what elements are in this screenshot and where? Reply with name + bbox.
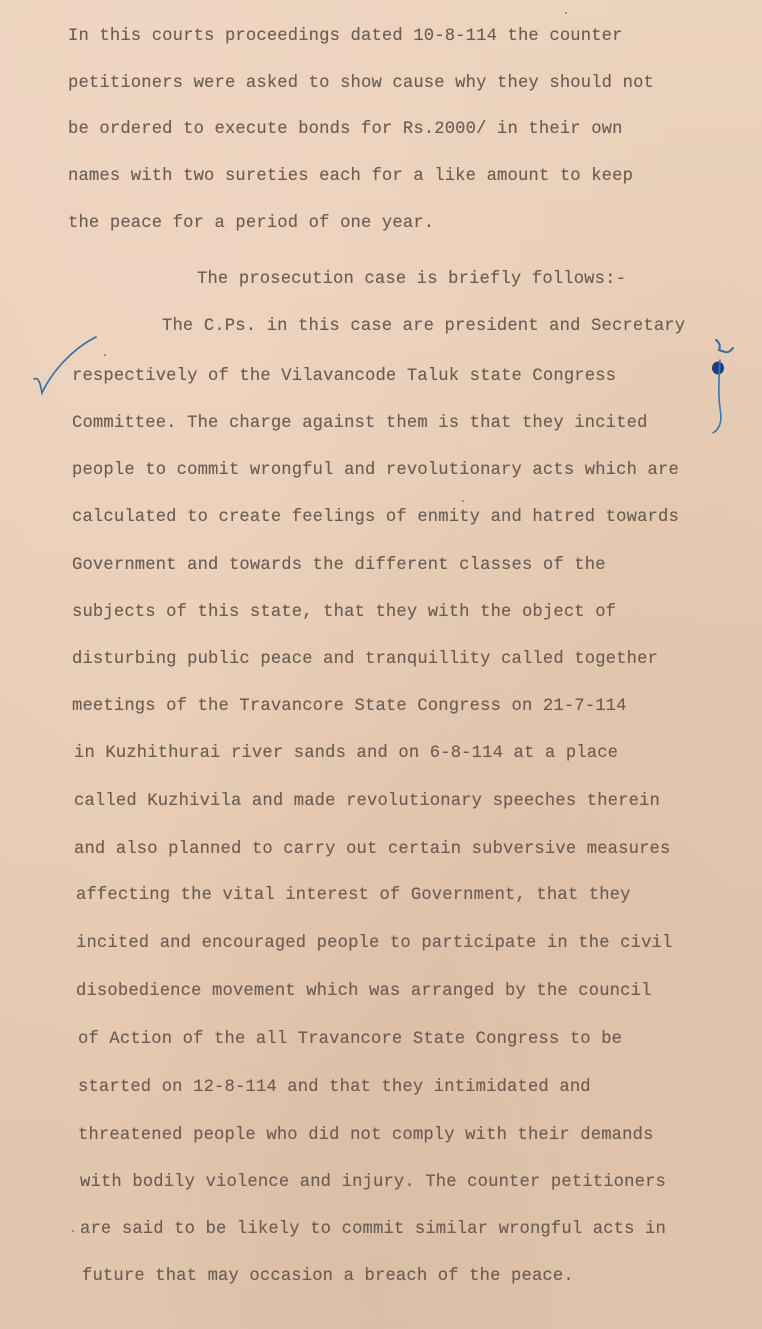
text-line: future that may occasion a breach of the… [82,1267,574,1286]
text-line: with bodily violence and injury. The cou… [80,1173,666,1192]
text-line: threatened people who did not comply wit… [78,1126,654,1145]
paper-speck [104,354,106,356]
paper-speck [72,1230,74,1232]
text-line: be ordered to execute bonds for Rs.2000/… [68,120,623,139]
text-line: in Kuzhithurai river sands and on 6-8-11… [74,744,618,763]
checkmark-icon [30,335,100,400]
bracket-mark-icon [705,338,745,438]
text-line: are said to be likely to commit similar … [80,1220,666,1239]
text-line: and also planned to carry out certain su… [74,840,670,859]
text-line: respectively of the Vilavancode Taluk st… [72,367,616,386]
text-line: In this courts proceedings dated 10-8-11… [68,27,623,46]
text-line: started on 12-8-114 and that they intimi… [78,1078,591,1097]
text-line: the peace for a period of one year. [68,214,434,233]
text-line: disturbing public peace and tranquillity… [72,650,658,669]
text-line: affecting the vital interest of Governme… [76,886,631,905]
text-line: Committee. The charge against them is th… [72,414,648,433]
text-line: disobedience movement which was arranged… [76,982,652,1001]
text-line: Government and towards the different cla… [72,556,606,575]
section-heading: The prosecution case is briefly follows:… [197,270,626,289]
document-page: In this courts proceedings dated 10-8-11… [0,0,762,1329]
text-line: called Kuzhivila and made revolutionary … [74,792,660,811]
text-line: calculated to create feelings of enmity … [72,508,679,527]
text-line: meetings of the Travancore State Congres… [72,697,627,716]
text-line: petitioners were asked to show cause why… [68,74,654,93]
text-line: names with two sureties each for a like … [68,167,633,186]
paper-speck [462,500,464,502]
text-line: incited and encouraged people to partici… [76,934,672,953]
text-line: subjects of this state, that they with t… [72,603,616,622]
text-line: of Action of the all Travancore State Co… [78,1030,622,1049]
paper-speck [565,12,567,14]
text-line: The C.Ps. in this case are president and… [162,317,685,336]
text-line: people to commit wrongful and revolution… [72,461,679,480]
